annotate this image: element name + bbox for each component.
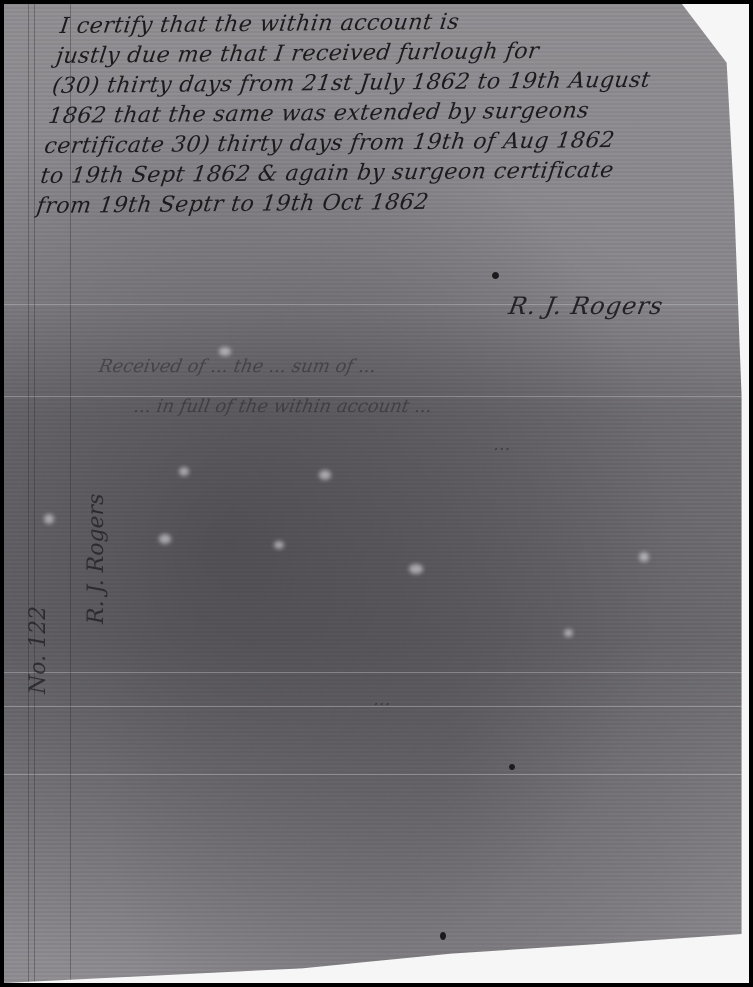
- document-frame: I certify that the within account is jus…: [4, 4, 749, 983]
- faint-line-3: ...: [492, 434, 513, 455]
- docket-name: R. J. Rogers: [84, 494, 109, 624]
- docket-endorsement: No. 122 R. J. Rogers: [26, 586, 51, 694]
- faint-line-1: Received of ... the ... sum of ...: [97, 356, 378, 377]
- paper-sheet: I certify that the within account is jus…: [4, 4, 749, 983]
- certificate-body: I certify that the within account is jus…: [35, 5, 749, 222]
- signature: R. J. Rogers: [507, 292, 666, 320]
- faint-line-2: ... in full of the within account ...: [132, 396, 434, 417]
- body-line-7: from 19th Septr to 19th Oct 1862: [35, 185, 730, 222]
- docket-number: No. 122: [26, 606, 51, 694]
